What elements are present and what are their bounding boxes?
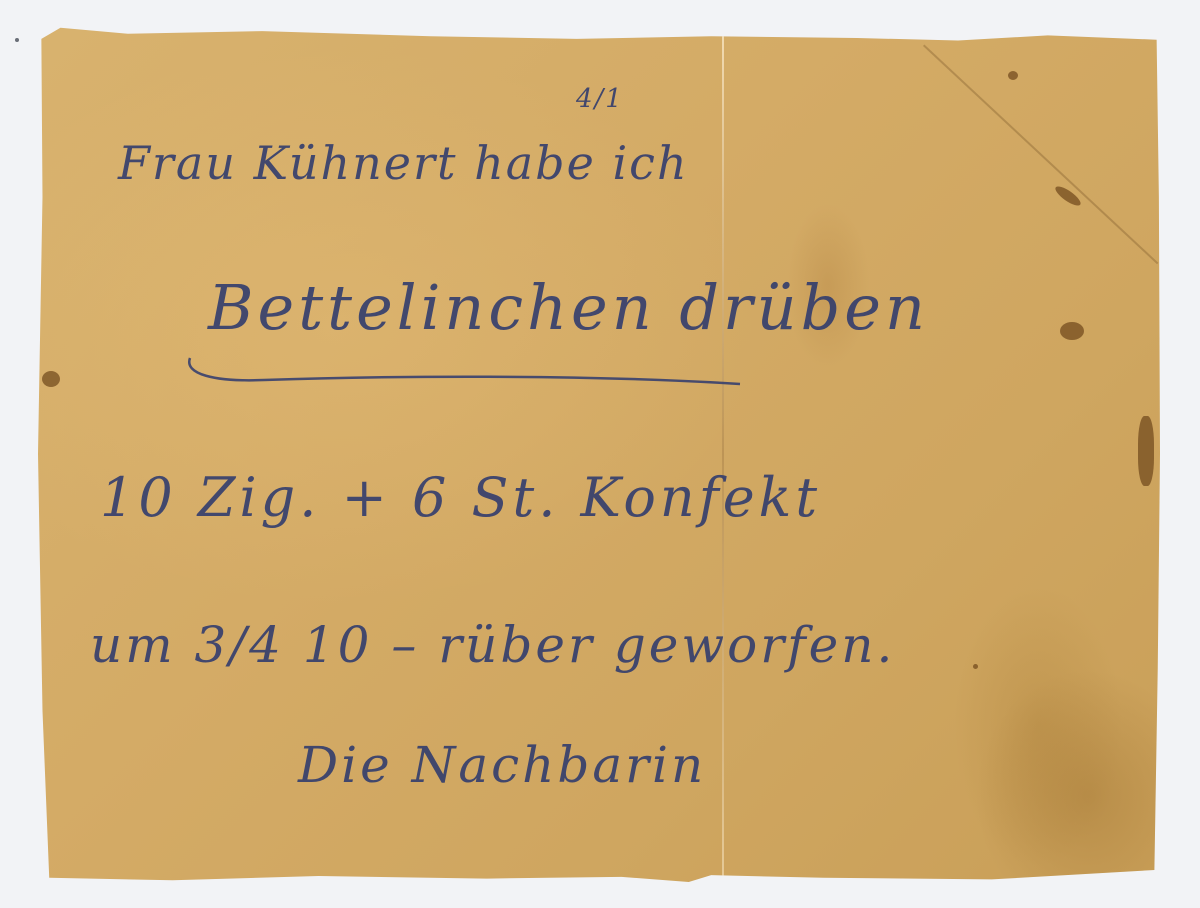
handwritten-line-2: Bettelinchen drüben (208, 271, 929, 344)
ink-stain (1138, 416, 1154, 486)
handwritten-underline (184, 356, 744, 386)
ink-stain (42, 371, 60, 387)
scan-speck (15, 38, 19, 42)
handwritten-signature: Die Nachbarin (298, 736, 706, 794)
vertical-fold-crease (722, 26, 724, 882)
margin-note: 4/1 (576, 84, 624, 114)
paper-note: 4/1 Frau Kühnert habe ich Bettelinchen d… (38, 26, 1160, 882)
handwritten-line-3: 10 Zig. + 6 St. Konfekt (100, 466, 821, 529)
diagonal-corner-fold (923, 45, 1158, 265)
ink-stain (1008, 71, 1018, 80)
handwritten-line-4: um 3/4 10 – rüber geworfen. (90, 616, 895, 674)
handwritten-line-1: Frau Kühnert habe ich (118, 136, 689, 190)
ink-stain (1060, 322, 1084, 340)
ink-stain (973, 664, 978, 669)
ink-stain (1053, 183, 1083, 208)
